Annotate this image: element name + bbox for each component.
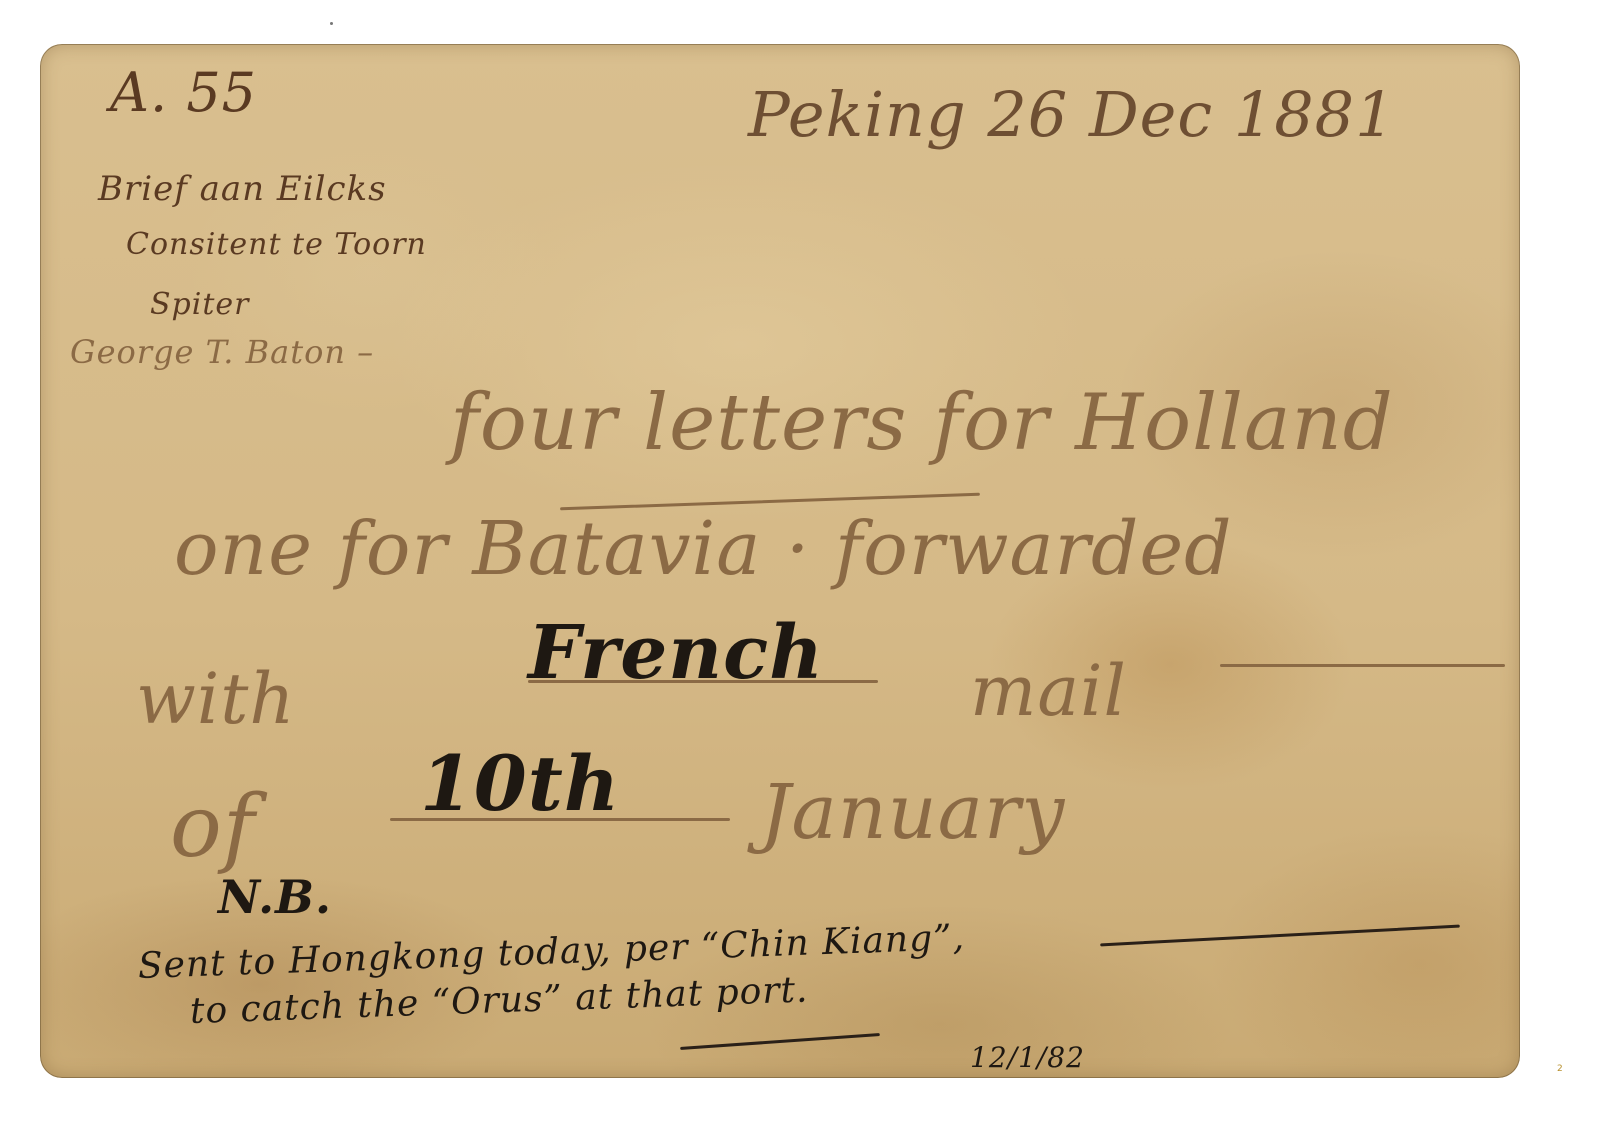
- header-left-line-1: Brief aan Eilcks: [98, 172, 387, 206]
- header-left-line-3: Spiter: [150, 290, 250, 320]
- body-word-mail: mail: [970, 656, 1127, 726]
- document-card: A. 55 Brief aan Eilcks Consitent te Toor…: [40, 44, 1520, 1078]
- body-word-10th: 10th: [420, 746, 620, 822]
- 10th-underline: [390, 818, 730, 821]
- postscript-line-1: Sent to Hongkong today, per “Chin Kiang”…: [137, 920, 965, 985]
- mail-tail: [1220, 664, 1505, 667]
- body-line-3-with: with: [136, 664, 296, 734]
- body-line-1: four letters for Holland: [450, 384, 1394, 462]
- postscript-date: 12/1/82: [970, 1044, 1085, 1072]
- header-left-line-4: George T. Baton –: [70, 336, 374, 368]
- body-word-of: of: [170, 784, 256, 870]
- reference-number: A. 55: [110, 66, 257, 120]
- ship-name-underline-2: [680, 1033, 880, 1050]
- ship-name-underline-1: [1100, 925, 1460, 947]
- body-word-january: January: [760, 774, 1065, 850]
- french-underline: [528, 680, 878, 683]
- body-word-french: French: [528, 616, 824, 690]
- place-date: Peking 26 Dec 1881: [748, 84, 1396, 146]
- postscript-label: N.B.: [218, 874, 332, 920]
- header-left-line-2: Consitent te Toorn: [126, 230, 427, 260]
- body-line-2: one for Batavia · forwarded: [174, 512, 1233, 586]
- scan-speck: [330, 22, 333, 25]
- margin-mark: 2: [1557, 1064, 1563, 1074]
